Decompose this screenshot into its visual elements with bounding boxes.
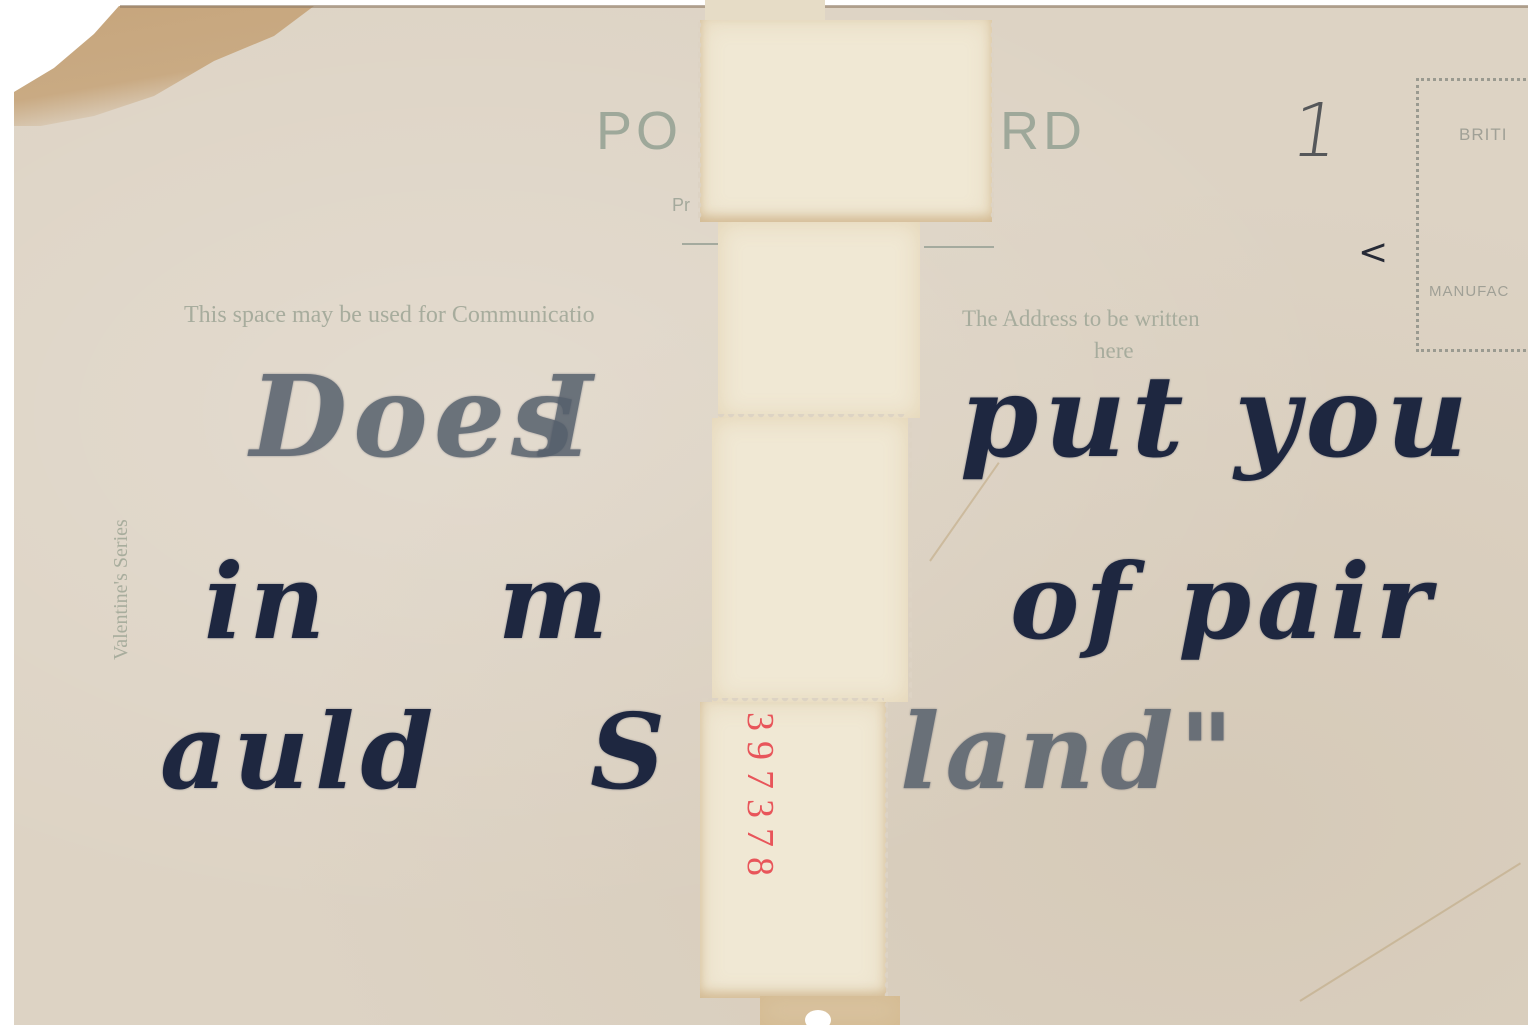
divider-rule: [682, 243, 722, 245]
postcard-title-right: RD: [1000, 100, 1086, 162]
stamp-strip-top: [700, 20, 992, 222]
handwriting-line2-right: of pair: [1010, 540, 1437, 663]
handwriting-line3-mid: S: [590, 690, 671, 813]
publisher-series-label: Valentine's Series: [110, 519, 133, 660]
handwriting-line2-left: in: [204, 540, 331, 663]
address-label-line1: The Address to be written: [962, 306, 1200, 332]
divider-rule: [924, 246, 994, 248]
stamp-strip-bottom: [700, 702, 886, 998]
stamp-strip-middle: [712, 418, 908, 702]
handwriting-line3-left: auld: [160, 690, 439, 813]
perforation-edge: [904, 420, 912, 700]
perforation-edge: [700, 698, 884, 706]
handwriting-line1-left: Does: [250, 352, 580, 483]
communication-label: This space may be used for Communicatio: [184, 302, 595, 329]
serial-number: 397378: [738, 712, 782, 886]
stamp-box-line1: BRITI: [1459, 125, 1507, 145]
handwriting-line1-right: put you: [960, 352, 1474, 483]
stamp-strip-upper: [718, 222, 920, 418]
perforation-edge: [986, 20, 994, 220]
perforation-edge: [880, 700, 888, 996]
perforation-edge: [716, 414, 906, 422]
postcard-title-left: PO: [596, 100, 682, 162]
bottom-notch: [805, 1010, 831, 1025]
perforation-edge: [698, 20, 706, 220]
stamp-box-line2: MANUFAC: [1429, 283, 1509, 300]
stamp-box: BRITI MANUFAC: [1416, 78, 1528, 352]
pencil-mark-check: <: [1358, 232, 1388, 273]
handwriting-line3-right: land": [900, 690, 1239, 813]
handwriting-line2-mid: m: [498, 540, 614, 663]
handwriting-line1-mid: I: [540, 352, 598, 483]
postcard-subtitle: Pr: [672, 195, 690, 216]
